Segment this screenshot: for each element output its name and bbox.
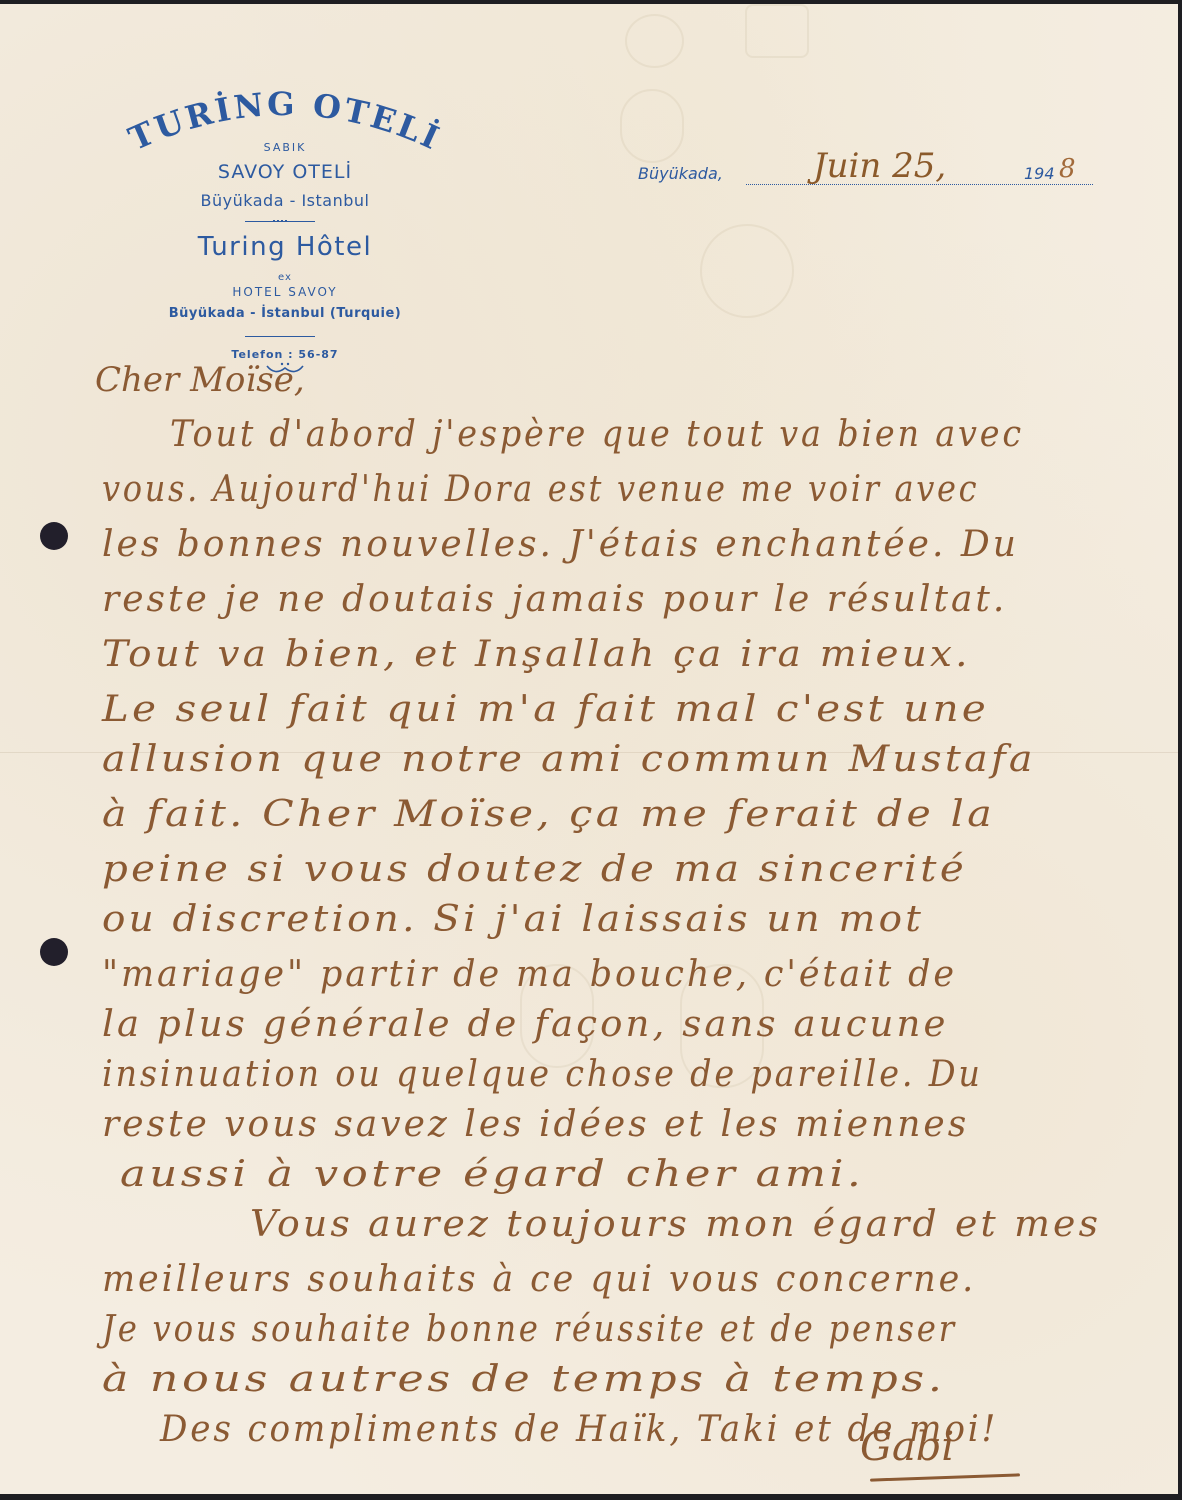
letter-page: TURİNG OTELİ SABIK SAVOY OTELİ Büyükada … (0, 4, 1178, 1494)
letter-line: meilleurs souhaits à ce qui vous concern… (102, 1259, 976, 1300)
watermark-shape (625, 14, 684, 68)
signature: Gabi (860, 1424, 954, 1470)
letter-line: reste vous savez les idées et les mienne… (102, 1104, 969, 1145)
letter-line: allusion que notre ami commun Mustafa (102, 739, 1036, 780)
watermark-shape (620, 89, 684, 163)
letterhead-divider (245, 221, 315, 222)
salutation: Cher Moïse, (95, 360, 305, 400)
letter-line: vous. Aujourd'hui Dora est venue me voir… (102, 469, 979, 510)
letter-line: à fait. Cher Moïse, ça me ferait de la (102, 794, 995, 835)
date-handwritten: Juin 25, (813, 146, 946, 186)
date-place: Büyükada, (638, 164, 723, 183)
punch-hole-top (40, 522, 68, 550)
letterhead-city-fr: Büyükada - İstanbul (Turquie) (110, 306, 460, 321)
date-line: Büyükada, Juin 25, 194 8 (638, 154, 1093, 194)
letter-line: reste je ne doutais jamais pour le résul… (102, 579, 1007, 620)
date-year-printed: 194 (1024, 164, 1055, 183)
letter-line: Je vous souhaite bonne réussite et de pe… (102, 1309, 957, 1350)
letterhead-former-name: SAVOY OTELİ (110, 161, 460, 183)
date-year-handwritten: 8 (1059, 154, 1076, 184)
signature-underline (870, 1473, 1020, 1481)
letterhead-former-name-fr: HOTEL SAVOY (110, 285, 460, 299)
watermark-shape (700, 224, 794, 318)
letterhead-ex: ex (110, 272, 460, 283)
letter-line: Vous aurez toujours mon égard et mes (250, 1204, 1101, 1245)
letter-line: à nous autres de temps à temps. (102, 1359, 946, 1400)
letterhead-city-tr: Büyükada - Istanbul (110, 191, 460, 210)
letterhead-title-fr: Turing Hôtel (110, 232, 460, 262)
punch-hole-bottom (40, 938, 68, 966)
letter-line: ou discretion. Si j'ai laissais un mot (102, 899, 924, 940)
letter-line: aussi à votre égard cher ami. (120, 1154, 864, 1195)
letter-line: la plus générale de façon, sans aucune (102, 1004, 949, 1045)
letter-line: "mariage" partir de ma bouche, c'était d… (102, 954, 957, 995)
letter-line: les bonnes nouvelles. J'étais enchantée.… (102, 524, 1019, 565)
letter-line: Tout va bien, et Inşallah ça ira mieux. (102, 634, 971, 675)
letter-line: Tout d'abord j'espère que tout va bien a… (170, 414, 1024, 455)
letter-line: Le seul fait qui m'a fait mal c'est une (102, 689, 989, 730)
letterhead-divider (245, 336, 315, 337)
letter-line: peine si vous doutez de ma sincerité (102, 849, 967, 890)
letterhead-sabik: SABIK (110, 141, 460, 154)
watermark-shape (745, 4, 809, 58)
letter-line: insinuation ou quelque chose de pareille… (102, 1054, 983, 1095)
